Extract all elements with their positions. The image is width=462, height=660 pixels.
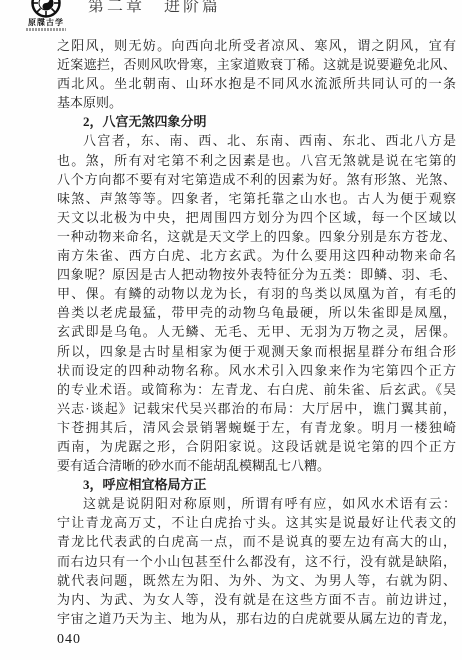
text-line: 之阳风，则无妨。向西向北所受者凉风、寒风，谓之阴风，宜有 [57, 36, 456, 55]
logo-microtext [26, 28, 66, 31]
bagua-emblem-icon [24, 0, 68, 18]
text-line: 西北风。坐北朝南、山环水抱是不同风水流派所共同认可的一条 [57, 74, 456, 93]
text-line: 就代表问题，既然左为阳、为外、为文、为男人等，右就为阴、 [57, 571, 456, 590]
text-line: 四象呢？原因是古人把动物按外表特征分为五类：即鳞、羽、毛、 [57, 265, 456, 284]
text-line: 要有适合清晰的砂水而不能胡乱模糊乱七八糟。 [57, 456, 456, 475]
text-line: 南方朱雀、西方白虎、北方玄武。为什么要用这四种动物来命名 [57, 246, 456, 265]
page-header: 原牒古学 第二章 进阶篇 [0, 0, 462, 34]
text-line: 西南，为虎踞之形，合阴阳家说。这段话就是说宅第的四个正方 [57, 437, 456, 456]
text-line: 味煞、声煞等等。四象者，宅第托靠之山水也。古人为便于观察 [57, 189, 456, 208]
logo-caption: 原牒古学 [24, 18, 68, 27]
text-line: 宇宙之道乃天为主、地为从，那右边的白虎就要从属左边的青龙， [57, 609, 456, 628]
text-line: 所以，四象是古时星相家为便于观测天象而根据星群分布组合形 [57, 342, 456, 361]
book-page: 原牒古学 第二章 进阶篇 之阳风，则无妨。向西向北所受者凉风、寒风，谓之阴风，宜… [0, 0, 462, 660]
text-line: 基本原则。 [57, 93, 456, 112]
text-line: 八宫者，东、南、西、北、东南、西南、东北、西北八方是 [57, 131, 456, 150]
text-line: 玄武即是乌龟。人无鳞、无毛、无甲、无羽为万物之灵，居倮。 [57, 322, 456, 341]
text-line: 天文以北极为中央，把周围四方划分为四个区域，每一个区域以 [57, 208, 456, 227]
text-line: 青龙比代表武的白虎高一点，而不是说真的要左边有高大的山， [57, 532, 456, 551]
chapter-title: 第二章 进阶篇 [88, 0, 221, 16]
text-line: 近案遮拦，否则风吹骨寒，主家道败衰丁稀。这就是说要避免北风、 [57, 55, 456, 74]
text-line: 一种动物来命名，这就是天文学上的四象。四象分别是东方苍龙、 [57, 227, 456, 246]
publisher-logo: 原牒古学 [24, 0, 68, 31]
text-line: 八个方向都不要有对宅第造成不利的因素为好。煞有形煞、光煞、 [57, 170, 456, 189]
text-line: 也。煞，所有对宅第不利之因素是也。八宫无煞就是说在宅第的 [57, 151, 456, 170]
text-line: 兴志·谈起》记载宋代吴兴郡治的布局：大厅居中，谯门翼其前， [57, 399, 456, 418]
text-line: 卞苍拥其后，清风会景销署蜿蜒于左，有青龙象。明月一楼独崎 [57, 418, 456, 437]
text-line: 的专业术语。或简称为：左青龙、右白虎、前朱雀、后玄武。《吴 [57, 380, 456, 399]
text-line: 状而设定的四种动物名称。风水术引入四象来作为宅第四个正方 [57, 361, 456, 380]
body-text: 之阳风，则无妨。向西向北所受者凉风、寒风，谓之阴风，宜有近案遮拦，否则风吹骨寒，… [57, 36, 456, 628]
page-number: 040 [57, 632, 81, 648]
text-line: 兽类以老虎最猛，带甲壳的动物乌龟最硬，所以朱雀即是凤凰， [57, 303, 456, 322]
text-line: 甲、倮。有鳞的动物以龙为长，有羽的鸟类以凤凰为首，有毛的 [57, 284, 456, 303]
text-line: 为内、为武、为女人等，没有就是在这些方面不吉。前边讲过， [57, 590, 456, 609]
section-heading: 2，八宫无煞四象分明 [57, 112, 456, 131]
section-heading: 3，呼应相宜格局方正 [57, 475, 456, 494]
text-line: 这就是说阴阳对称原则，所谓有呼有应，如风水术语有云： [57, 494, 456, 513]
text-line: 而右边只有一个小山包甚至什么都没有，这不行，没有就是缺陷， [57, 552, 456, 571]
text-line: 宁让青龙高万丈，不让白虎抬寸头。这其实是说最好让代表文的 [57, 513, 456, 532]
